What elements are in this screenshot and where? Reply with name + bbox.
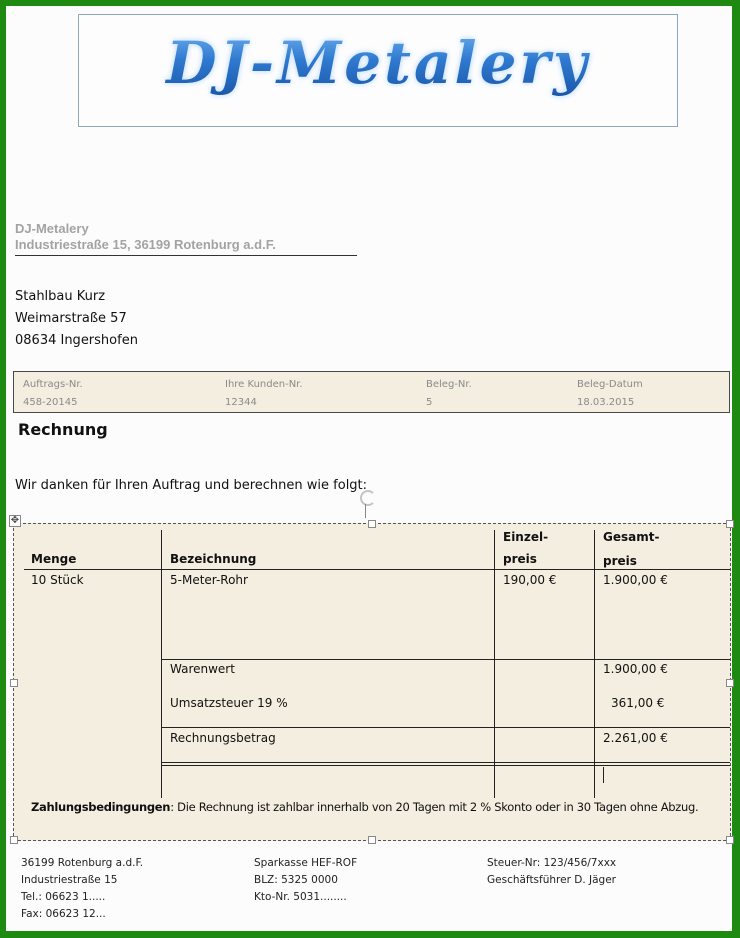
info-bar: Auftrags-Nr. 458-20145 Ihre Kunden-Nr. 1… — [13, 371, 730, 413]
footer-line: Sparkasse HEF-ROF — [254, 855, 357, 872]
item-einzelpreis: 190,00 € — [503, 573, 556, 587]
resize-handle-top[interactable] — [368, 520, 376, 528]
recipient-line: 08634 Ingershofen — [15, 330, 138, 352]
info-customer-number: Ihre Kunden-Nr. 12344 — [225, 376, 303, 412]
recipient-line: Stahlbau Kurz — [15, 286, 138, 308]
header-menge: Menge — [31, 548, 76, 570]
column-divider — [594, 530, 595, 798]
recipient-address: Stahlbau Kurz Weimarstraße 57 08634 Inge… — [15, 286, 138, 352]
footer-line: Steuer-Nr: 123/456/7xxx — [487, 855, 616, 872]
row-divider — [161, 762, 730, 763]
info-value: 5 — [426, 394, 472, 412]
intro-text: Wir danken für Ihren Auftrag und berechn… — [15, 478, 367, 493]
header-gesamtpreis-line2: preis — [603, 550, 659, 572]
column-divider — [494, 530, 495, 798]
row-divider — [161, 765, 730, 766]
payment-terms-label: Zahlungsbedingungen — [31, 800, 170, 814]
header-einzelpreis-line1: Einzel- — [503, 526, 548, 548]
info-document-number: Beleg-Nr. 5 — [426, 376, 472, 412]
payment-terms: Zahlungsbedingungen: Die Rechnung ist za… — [31, 800, 698, 814]
recipient-line: Weimarstraße 57 — [15, 308, 138, 330]
footer-line: 36199 Rotenburg a.d.F. — [21, 855, 143, 872]
sender-address: Industriestraße 15, 36199 Rotenburg a.d.… — [15, 237, 357, 253]
resize-handle-left[interactable] — [10, 679, 18, 687]
table-move-icon[interactable]: ✥ — [9, 515, 21, 527]
footer-line: Kto-Nr. 5031........ — [254, 889, 357, 906]
document-title: Rechnung — [18, 420, 108, 439]
header-gesamtpreis-line1: Gesamt- — [603, 526, 659, 548]
info-order-number: Auftrags-Nr. 458-20145 — [23, 376, 83, 412]
info-label: Ihre Kunden-Nr. — [225, 376, 303, 394]
total-label-ust: Umsatzsteuer 19 % — [170, 696, 288, 710]
sender-line: DJ-Metalery Industriestraße 15, 36199 Ro… — [15, 221, 357, 256]
resize-handle-top-right[interactable] — [726, 520, 734, 528]
item-menge: 10 Stück — [31, 573, 84, 587]
footer-bank: Sparkasse HEF-ROF BLZ: 5325 0000 Kto-Nr.… — [254, 855, 357, 906]
item-bezeichnung: 5-Meter-Rohr — [170, 573, 248, 587]
sender-name: DJ-Metalery — [15, 221, 357, 237]
footer-address: 36199 Rotenburg a.d.F. Industriestraße 1… — [21, 855, 143, 923]
rotate-handle-icon[interactable] — [360, 490, 376, 506]
resize-handle-bottom-right[interactable] — [726, 836, 734, 844]
total-label-rechnungsbetrag: Rechnungsbetrag — [170, 731, 276, 745]
info-label: Beleg-Datum — [577, 376, 643, 394]
info-value: 18.03.2015 — [577, 394, 643, 412]
footer-line: Geschäftsführer D. Jäger — [487, 872, 616, 889]
footer-line: Tel.: 06623 1..... — [21, 889, 143, 906]
info-value: 458-20145 — [23, 394, 83, 412]
total-value-warenwert: 1.900,00 € — [603, 662, 668, 676]
footer-line: Industriestraße 15 — [21, 872, 143, 889]
total-value-rechnungsbetrag: 2.261,00 € — [603, 731, 668, 745]
footer-line: Fax: 06623 12... — [21, 906, 143, 923]
total-value-ust: 361,00 € — [611, 696, 664, 710]
info-label: Beleg-Nr. — [426, 376, 472, 394]
resize-handle-bottom[interactable] — [368, 836, 376, 844]
row-divider — [161, 659, 730, 660]
header-einzelpreis-line2: preis — [503, 548, 548, 570]
resize-handle-bottom-left[interactable] — [10, 836, 18, 844]
payment-terms-text: : Die Rechnung ist zahlbar innerhalb von… — [170, 800, 698, 814]
text-cursor — [603, 767, 604, 783]
header-gesamtpreis: Gesamt- preis — [603, 526, 659, 572]
footer-line: BLZ: 5325 0000 — [254, 872, 357, 889]
footer-tax: Steuer-Nr: 123/456/7xxx Geschäftsführer … — [487, 855, 616, 889]
resize-handle-right[interactable] — [726, 679, 734, 687]
info-label: Auftrags-Nr. — [23, 376, 83, 394]
item-gesamtpreis: 1.900,00 € — [603, 573, 668, 587]
header-bezeichnung: Bezeichnung — [170, 548, 256, 570]
info-document-date: Beleg-Datum 18.03.2015 — [577, 376, 643, 412]
total-label-warenwert: Warenwert — [170, 662, 235, 676]
info-value: 12344 — [225, 394, 303, 412]
company-logo: DJ-Metalery — [79, 29, 677, 97]
column-divider — [161, 530, 162, 798]
row-divider — [161, 727, 730, 728]
rotate-handle-stem — [365, 504, 366, 518]
logo-box: DJ-Metalery — [78, 14, 678, 127]
header-einzelpreis: Einzel- preis — [503, 526, 548, 570]
